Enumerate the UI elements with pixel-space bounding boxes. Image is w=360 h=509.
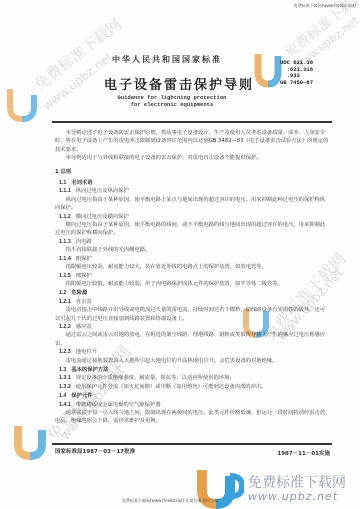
section-text: 通常联接于每一引入线与地之间，限制出现在两极间的电压，此类元件价格低廉，但运行一… [55,409,330,426]
section-title: 保护元件 [71,393,92,399]
section-heading: 1.4保护元件 [59,392,330,400]
subsection-heading: 1.2.1直击雷 [59,298,330,306]
title-en-line-1: Guidance for lightning protection [112,94,232,101]
national-standard-label: 中华人民共和国国家标准 [112,54,222,65]
section-title: 危险源 [71,290,87,296]
section-number: 1.1.5 [59,273,71,279]
section-title: 粗保护 [76,256,92,262]
up-logo-icon [2,85,42,125]
up-logo-icon [10,422,50,462]
subsection-heading: 1.4.1带碳精板或金属电极的空气隙保护器 [59,401,330,409]
section-number: 1.2.1 [59,299,71,305]
section-text: 指限幅电压较低，耐流能力较弱，用于内电路保护固体元件的保护装置，如半导体二极管等… [55,280,330,288]
title-en-line-2: for electronic equipments [112,101,232,108]
subsection-item: 1.3.1规定设备的介质绝缘强度、耐流量、阻抗等，以适应所使用的环境。 [59,374,330,382]
document-body: 本导则论述了电子设备防雷击保护原则，供从事电子设备设计、生产及使用人员考虑设备质… [55,129,330,426]
section-number: 1.2.3 [59,349,71,355]
section-title: 纵向过电压及纵向保护 [76,188,129,194]
section-number: 1.3.1 [59,375,71,381]
subsection-heading: 1.2.3地电位升 [59,348,330,356]
subsection-item: 1.3.2使用保护元件分流（如火花间隙）或中断（如用熔丝）可能到达设备内部的冲击… [59,383,330,391]
subsection-heading: 1.1.4粗保护 [59,255,330,263]
section-title: 名词术语 [71,180,92,186]
section-heading: 1 总则 [55,168,330,176]
section-title: 横向过电压及横向保护 [76,214,129,220]
intro-paragraph: 本导则论述了电子设备防雷击保护原则，供从事电子设备设计、生产及使用人员考虑设备质… [55,129,330,154]
section-title: 直击雷 [76,299,92,305]
header-divider [52,121,332,123]
section-title: 基本的保护方法 [71,367,108,373]
issued-date: 国家标准局1987－03－17批准 [55,447,135,455]
section-number: 1.1.4 [59,256,71,262]
top-site-note: 免费标准下载网(www.freebz.net) [294,3,356,9]
subsection-heading: 1.1.2横向过电压及横向保护 [59,213,330,221]
document-title-en: Guidance for lightning protection for el… [112,94,232,108]
section-number: 1.3.2 [59,384,71,390]
brand-name-cn: 免费标准下载网 [248,472,346,492]
section-text: 通过雷云之间或雷云对地的放电，在附近的架空线路、埋地线路、钢轨或类似传导体上产生… [55,331,330,348]
section-number: 1.1 [59,180,66,186]
section-number: 1.4.1 [59,402,71,408]
section-title: 感应雷 [76,324,92,330]
brand-url: www.upbz.net [248,490,346,503]
subsection-heading: 1.1.5细保护 [59,272,330,280]
document-title-cn: 电子设备雷击保护导则 [104,74,254,93]
subsection-heading: 1.2.2感应雷 [59,323,330,331]
document-page: 免费标准下载网(www.freebz.net) 免费标准下载网 www.upbz… [0,0,360,509]
gb-number: GB 7450—87 [280,80,313,87]
section-number: 1.4 [59,393,66,399]
footer-site-note: 免费标准下载网(www.freebz.net) 无需注册 即可下载 [122,498,219,504]
footer-brand: 免费标准下载网 www.upbz.net [248,472,346,503]
section-heading: 1.3基本的保护方法 [59,366,330,374]
section-text: 规定设备的介质绝缘强度、耐流量、阻抗等，以适应所使用的环境。 [76,375,235,381]
section-text: 横向过电压指由于某种原因，使平衡电路的线间，或不平衡电路的线与地间出现的超过容许… [55,221,330,238]
section-number: 1.2.2 [59,324,71,330]
section-number: 1.1.2 [59,214,71,220]
section-title: 地电位升 [76,349,97,355]
section-text: 使用保护元件分流（如火花间隙）或中断（如用熔丝）可能到达设备内部的冲击。 [76,384,267,390]
section-text: 雷电直接击中线路并沿导线或电缆流过大量的雷电流，持续时间达若干微秒，使线路设备有… [55,306,330,323]
section-text: 雷电流通过接地装置流入大地所引起大地电位的升高称地电位升。会危害设备的对地绝缘。 [55,357,330,365]
section-text: 指限幅电压较高，耐流能力较大，装在靠近外线的电路点上的保护装置，如放电管等。 [55,263,330,271]
intro-paragraph: 本导则适用于与外线相联接的电子设备的雷击保护，对雷电直击设备不能提供保护。 [55,154,330,162]
section-text: 纵向过电压指由于某种原因，使平衡电路上某点与地间出现的超过容许的电压。用来抑制此… [55,196,330,213]
subsection-heading: 1.1.3内电路 [59,238,330,246]
section-title: 带碳精板或金属电极的空气隙保护器 [76,402,161,408]
subsection-heading: 1.1.1纵向过电压及纵向保护 [59,187,330,195]
section-number: 1.1.1 [59,188,71,194]
section-heading: 1.1名词术语 [59,179,330,187]
section-heading: 1.2危险源 [59,289,330,297]
section-title: 细保护 [76,273,92,279]
section-title: 内电路 [76,239,92,245]
section-number: 1.1.3 [59,239,71,245]
watermark-text-cn: 免费标准下载网 [280,0,360,62]
footer-divider [52,443,332,445]
udc-classification: UDC 621.38 :621.316 .933 GB 7450—87 [280,60,313,86]
effective-date: 1987－11－01实施 [277,449,330,457]
section-number: 1.3 [59,367,66,373]
section-number: 1.2 [59,290,66,296]
section-text: 指不直接联接于外线的光内侧电路。 [55,246,330,254]
